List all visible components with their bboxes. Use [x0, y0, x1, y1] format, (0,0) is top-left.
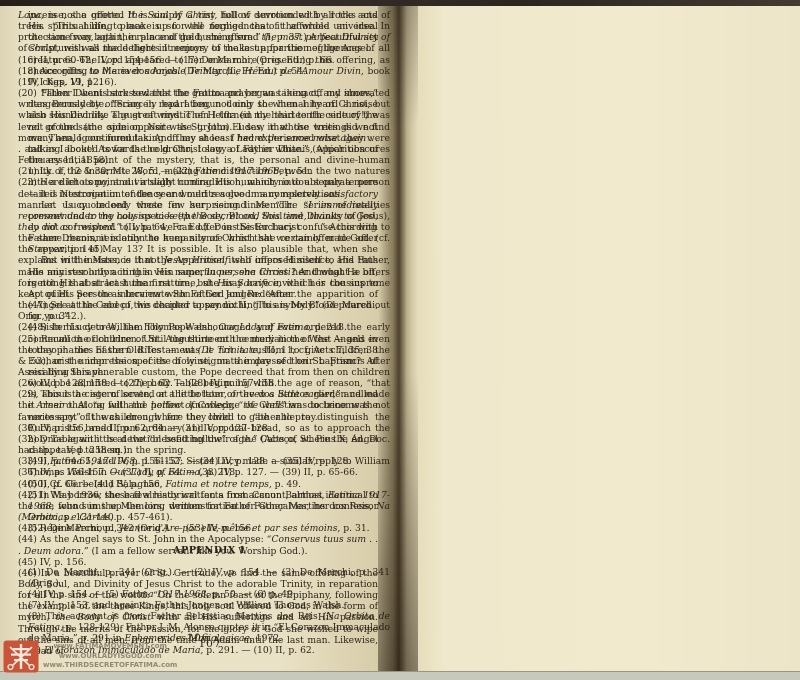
body-text-paragraph: incense, she offered the Soul of Christ,…: [28, 10, 390, 88]
right-page-text: incense, she offered the Soul of Christ,…: [28, 10, 390, 656]
body-text-paragraph: Father Dhanis stressed that the Fatima p…: [28, 88, 390, 200]
right-page: [396, 6, 800, 671]
watermark-url: www.THIRDSECRETOFFATIMA.com: [43, 661, 177, 671]
footnote: (47) See at the end of this chapter appe…: [28, 300, 390, 322]
footnote: (4) IV, p. 154. — (5) Fatima 1917-1968, …: [28, 589, 390, 600]
body-text-paragraph: But in the Mass, is it not Jesus Himself…: [28, 255, 390, 300]
watermark-url: www.OURLADYISGOD.com: [43, 652, 177, 662]
footnote: (51) We borrow these few historical fact…: [28, 490, 390, 523]
body-text-paragraph: Let us quote only these few surprising l…: [28, 200, 390, 256]
footnote: (50) Cf. Cerbelaud Salagnac, Fatima et n…: [28, 479, 390, 490]
footnote: (49) Fatima 1917-1968, p. 51-52; Sister …: [28, 456, 390, 478]
footnote: (48) In his decree, the holy Pope encour…: [28, 322, 390, 456]
footnote: (52) De Marchi, p. 342 (Orig.). — (53) I…: [28, 523, 390, 534]
watermark-url: www.FATIMAMOVEMENT.com: [43, 642, 177, 652]
page-gutter-shadow: [378, 6, 418, 671]
cross-keys-stamp-icon: [3, 640, 39, 673]
watermark: www.FATIMAMOVEMENT.com www.OURLADYISGOD.…: [3, 640, 177, 673]
footnote: (7) IV, p. 153, and again to Father Jong…: [28, 600, 390, 611]
watermark-urls: www.FATIMAMOVEMENT.com www.OURLADYISGOD.…: [43, 642, 177, 671]
appendix-heading: APPENDIX I: [28, 545, 390, 556]
footnote: (1) De Marchi, p. 341 (Orig.). — (2) IV,…: [28, 567, 390, 589]
book-scan: Lapa, is not a grotto. It is simply a ti…: [0, 0, 800, 680]
scan-top-edge: [0, 0, 800, 6]
